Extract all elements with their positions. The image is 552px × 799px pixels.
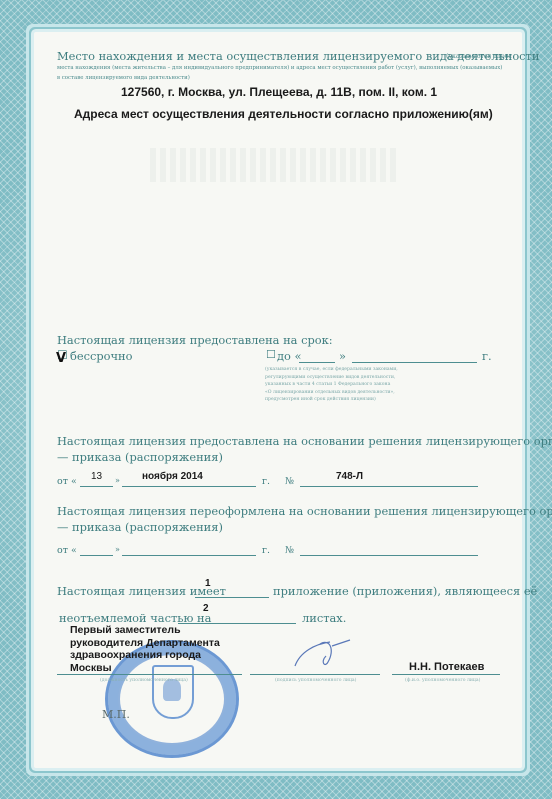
term-until-label: до «	[277, 349, 301, 363]
reissued-number-label: №	[285, 545, 294, 556]
watermark	[150, 148, 400, 182]
position-line	[57, 674, 242, 675]
addresses-appendix-note: Адреса мест осуществления деятельности с…	[74, 107, 493, 121]
signature-icon	[290, 632, 370, 672]
signature-caption: (подпись уполномоченного лица)	[275, 678, 356, 683]
granted-from-label: от «	[57, 476, 77, 487]
term-until-quote: »	[339, 349, 346, 363]
reissued-quote: »	[115, 545, 120, 554]
granted-day-line	[80, 486, 113, 487]
signatory-position: Первый заместитель руководителя Департам…	[70, 624, 220, 674]
granted-month-year: ноября 2014	[142, 471, 203, 482]
signatory-position-line-2: руководителя Департамента	[70, 637, 220, 650]
name-line	[392, 674, 500, 675]
term-until-day-line	[299, 362, 335, 363]
name-caption: (ф.и.о. уполномоченного лица)	[405, 678, 480, 683]
position-caption: (должность уполномоченного лица)	[100, 678, 188, 683]
signature-line	[250, 674, 380, 675]
granted-number-line	[300, 486, 478, 487]
term-until-date-line	[352, 362, 477, 363]
granted-heading-1: Настоящая лицензия предоставлена на осно…	[57, 434, 552, 448]
term-year-suffix: г.	[482, 349, 492, 363]
granted-date-line	[122, 486, 256, 487]
reissued-day-line	[80, 555, 113, 556]
granted-day: 13	[91, 471, 102, 482]
term-heading: Настоящая лицензия предоставлена на срок…	[57, 333, 333, 347]
signatory-position-line-4: Москвы	[70, 662, 220, 675]
granted-quote: »	[115, 476, 120, 485]
reissued-date-line	[122, 555, 256, 556]
appendix-line1-prefix: Настоящая лицензия имеет	[57, 584, 226, 598]
granted-heading-2: — приказа (распоряжения)	[57, 450, 223, 464]
reissued-year-suffix: г.	[262, 545, 270, 556]
reissued-heading-2: — приказа (распоряжения)	[57, 520, 223, 534]
appendix-line1-suffix: приложение (приложения), являющееся её	[273, 584, 537, 598]
location-note-1: (указываются адрес	[446, 53, 512, 60]
granted-number-label: №	[285, 476, 294, 487]
location-note-3: в составе лицензируемого вида деятельнос…	[57, 75, 190, 81]
signatory-name: Н.Н. Потекаев	[409, 661, 484, 673]
seal-label: М.П.	[102, 708, 130, 721]
signatory-position-line-1: Первый заместитель	[70, 624, 220, 637]
granted-number: 748-Л	[336, 471, 363, 482]
location-note-2: места нахождения (места жительства – для…	[57, 65, 502, 71]
checkmark-icon: V	[56, 351, 66, 366]
granted-year-suffix: г.	[262, 476, 270, 487]
signatory-position-line-3: здравоохранения города	[70, 649, 220, 662]
reissued-number-line	[300, 555, 478, 556]
reissued-heading-1: Настоящая лицензия переоформлена на осно…	[57, 504, 552, 518]
checkbox-until[interactable]: ☐	[266, 348, 276, 361]
address-value: 127560, г. Москва, ул. Плещеева, д. 11В,…	[121, 85, 437, 99]
appendix-count: 1	[205, 578, 211, 589]
appendix-count-line	[195, 597, 269, 598]
term-unlimited-label: бессрочно	[70, 349, 133, 363]
term-until-note: (указывается в случае, если федеральными…	[265, 366, 398, 404]
appendix-sheets: 2	[203, 603, 209, 614]
appendix-line2-suffix: листах.	[302, 611, 346, 625]
reissued-from-label: от «	[57, 545, 77, 556]
